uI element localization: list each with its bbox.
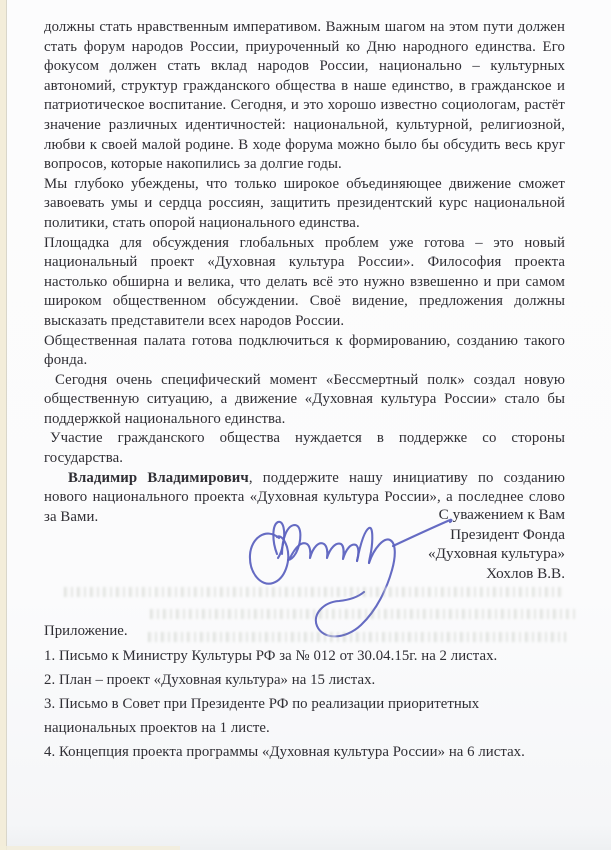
scan-edge-strip (0, 0, 7, 850)
appendix-item: 1. Письмо к Министру Культуры РФ за № 01… (44, 644, 568, 668)
paragraph-immortal-regiment: Сегодня очень специфический момент «Бесс… (44, 371, 565, 430)
paragraph-civil-society: Участие гражданского общества нуждается … (44, 429, 565, 468)
bleed-through-text-line (64, 587, 564, 597)
paragraph-public-chamber: Общественная палата готова подключиться … (44, 332, 565, 371)
paragraph-project: Площадка для обсуждения глобальных пробл… (44, 234, 565, 332)
addressee-name-bold: Владимир Владимирович (68, 470, 249, 486)
bleed-through-text-line (150, 609, 578, 619)
scanned-letter-page: { "colors": { "ink_blue": "#5d63c0", "te… (0, 0, 611, 850)
appendix-section: Приложение. 1. Письмо к Министру Культур… (44, 619, 568, 764)
letter-body: должны стать нравственным императивом. В… (44, 18, 565, 527)
scan-edge-bottom (0, 846, 180, 850)
appendix-item: 4. Концепция проекта программы «Духовная… (44, 740, 568, 764)
appendix-title: Приложение. (44, 619, 568, 643)
paragraph-forum: должны стать нравственным императивом. В… (44, 18, 565, 175)
paragraph-movement: Мы глубоко убеждены, что только широкое … (44, 175, 565, 234)
appendix-item: 3. Письмо в Совет при Президенте РФ по р… (44, 692, 568, 740)
appendix-item: 2. План – проект «Духовная культура» на … (44, 668, 568, 692)
